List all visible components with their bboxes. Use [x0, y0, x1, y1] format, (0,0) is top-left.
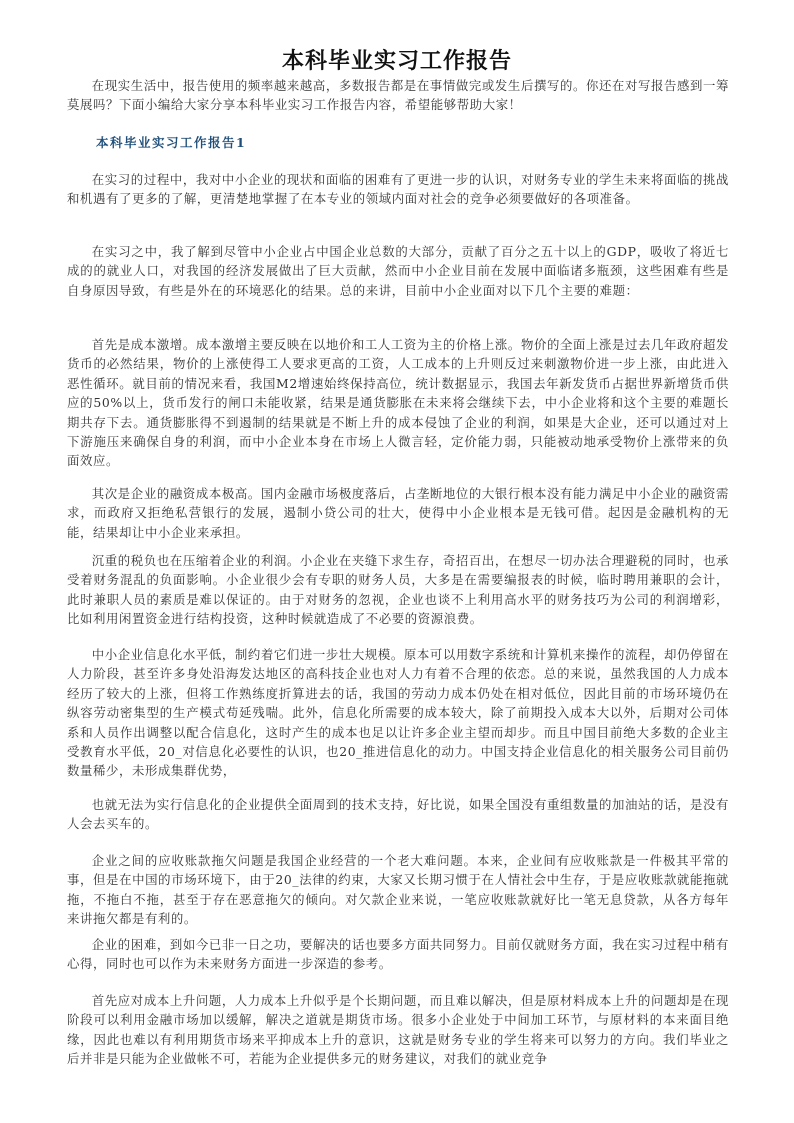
paragraph-5: 沉重的税负也在压缩着企业的利润。小企业在夹缝下求生存，奇招百出，在想尽一切办法合…	[67, 551, 729, 629]
document-page: 本科毕业实习工作报告 在现实生活中，报告使用的频率越来越高，多数报告都是在事情做…	[0, 0, 794, 1123]
intro-paragraph: 在现实生活中，报告使用的频率越来越高，多数报告都是在事情做完或发生后撰写的。你还…	[67, 76, 729, 115]
document-title: 本科毕业实习工作报告	[0, 47, 794, 77]
paragraph-2: 在实习之中，我了解到尽管中小企业占中国企业总数的大部分，贡献了百分之五十以上的G…	[67, 242, 729, 300]
paragraph-1: 在实习的过程中，我对中小企业的现状和面临的困难有了更进一步的认识，对财务专业的学…	[67, 170, 729, 209]
section-heading: 本科毕业实习工作报告1	[96, 133, 246, 153]
paragraph-4: 其次是企业的融资成本极高。国内金融市场极度落后，占垄断地位的大银行根本没有能力满…	[67, 484, 729, 542]
paragraph-7: 也就无法为实行信息化的企业提供全面周到的技术支持，好比说，如果全国没有重组数量的…	[67, 795, 729, 834]
paragraph-8: 企业之间的应收账款拖欠问题是我国企业经营的一个老大难问题。本来，企业间有应收账款…	[67, 851, 729, 929]
paragraph-10: 首先应对成本上升问题，人力成本上升似乎是个长期问题，而且难以解决，但是原材料成本…	[67, 991, 729, 1069]
paragraph-3: 首先是成本激增。成本激增主要反映在以地价和工人工资为主的价格上涨。物价的全面上涨…	[67, 335, 729, 471]
paragraph-6: 中小企业信息化水平低，制约着它们进一步壮大规模。原本可以用数字系统和计算机来操作…	[67, 645, 729, 781]
paragraph-9: 企业的困难，到如今已非一日之功，要解决的话也要多方面共同努力。目前仅就财务方面，…	[67, 935, 729, 974]
